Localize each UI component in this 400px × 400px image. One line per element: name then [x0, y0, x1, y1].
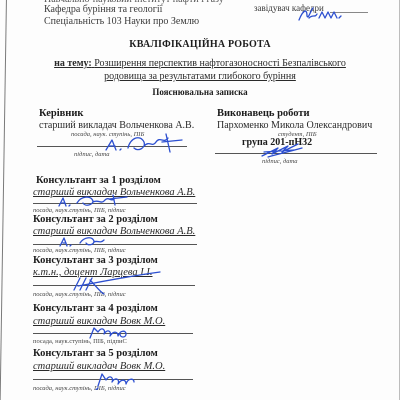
author-signature: [258, 140, 308, 160]
supervisor-label: Керівник: [39, 108, 83, 119]
consultant-1-signature: [55, 193, 135, 209]
consultant-2-signature: [56, 234, 136, 248]
consultant-3-signature: [70, 268, 170, 298]
author-label: Виконавець роботи: [217, 108, 310, 119]
author-name: Пархоменко Микола Олександрович: [217, 120, 372, 131]
consultant-5-signature: [92, 368, 142, 390]
document-title: КВАЛІФІКАЦІЙНА РОБОТА: [0, 39, 400, 50]
department-line: Кафедра буріння та геології: [44, 4, 162, 15]
topic-text-1: Розширення перспектив нафтогазоносності …: [94, 58, 346, 69]
explanatory-note-heading: Пояснювальна записка: [0, 87, 400, 97]
consultant-3-label: Консультант за 3 розділом: [33, 255, 158, 266]
consultant-2-label: Консультант за 2 розділом: [33, 214, 158, 225]
topic-line-1: на тему: Розширення перспектив нафтогазо…: [0, 58, 400, 69]
supervisor-signature: [100, 130, 190, 155]
specialty-line: Спеціальність 103 Науки про Землю: [44, 16, 199, 27]
scanned-document-page: Навчально-науковий інститут нафти і газу…: [0, 0, 400, 400]
consultant-4-signature: [86, 322, 136, 340]
topic-prefix: на тему:: [54, 58, 92, 69]
consultant-2-hint: посада, наук.ступінь, ПІБ, підпис: [33, 247, 126, 254]
consultant-1-label: Консультант за 1 розділом: [36, 175, 161, 186]
consultant-4-label: Консультант за 4 розділом: [33, 303, 158, 314]
topic-line-2: родовища за результатами глибокого бурін…: [0, 71, 400, 82]
head-signature: [295, 4, 355, 24]
consultant-5-label: Консультант за 5 розділом: [33, 348, 158, 359]
